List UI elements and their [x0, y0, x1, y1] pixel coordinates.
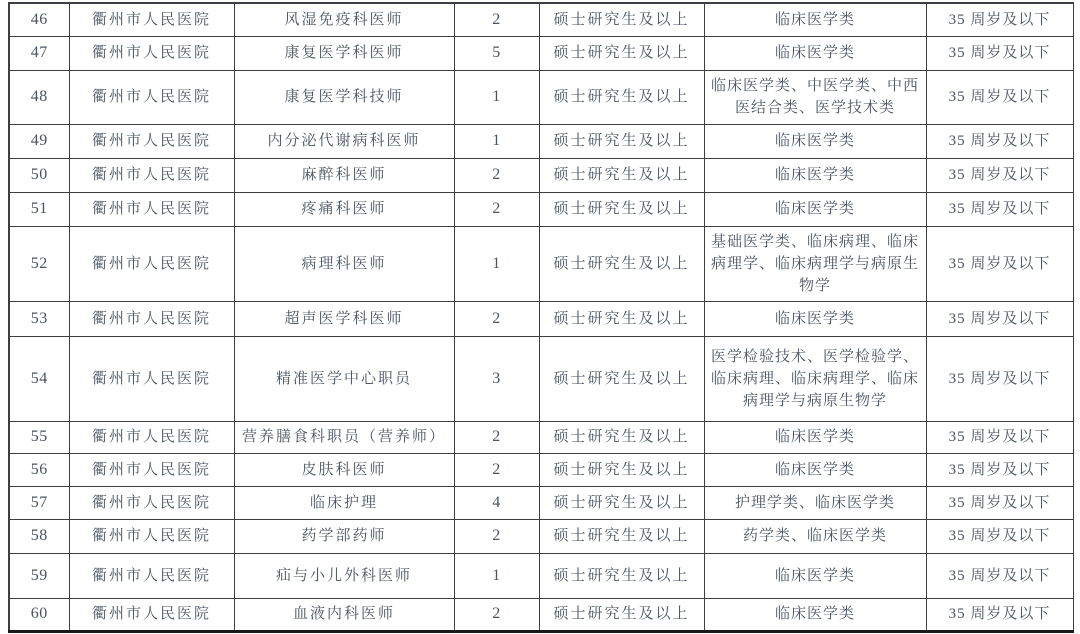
table-row: 52 衢州市人民医院 病理科医师 1 硕士研究生及以上 基础医学类、临床病理、临…: [9, 226, 1073, 301]
cell-education: 硕士研究生及以上: [539, 124, 704, 158]
cell-row-number: 46: [9, 3, 69, 36]
table-row: 47 衢州市人民医院 康复医学科医师 5 硕士研究生及以上 临床医学类 35 周…: [9, 36, 1073, 70]
cell-position: 风湿免疫科医师: [234, 3, 454, 36]
cell-education: 硕士研究生及以上: [539, 3, 704, 36]
cell-headcount: 1: [454, 226, 539, 301]
cell-education: 硕士研究生及以上: [539, 158, 704, 192]
table-row: 50 衢州市人民医院 麻醉科医师 2 硕士研究生及以上 临床医学类 35 周岁及…: [9, 158, 1073, 192]
cell-position: 药学部药师: [234, 519, 454, 553]
cell-employer: 衢州市人民医院: [69, 124, 234, 158]
cell-age-requirement: 35 周岁及以下: [926, 124, 1073, 158]
cell-education: 硕士研究生及以上: [539, 598, 704, 631]
cell-headcount: 5: [454, 36, 539, 70]
cell-employer: 衢州市人民医院: [69, 553, 234, 598]
cell-age-requirement: 35 周岁及以下: [926, 336, 1073, 421]
cell-education: 硕士研究生及以上: [539, 36, 704, 70]
cell-majors: 基础医学类、临床病理、临床病理学、临床病理学与病原生物学: [704, 226, 926, 301]
cell-row-number: 60: [9, 598, 69, 631]
table-row: 49 衢州市人民医院 内分泌代谢病科医师 1 硕士研究生及以上 临床医学类 35…: [9, 124, 1073, 158]
cell-row-number: 54: [9, 336, 69, 421]
cell-headcount: 1: [454, 70, 539, 124]
cell-row-number: 55: [9, 421, 69, 453]
cell-majors: 临床医学类: [704, 421, 926, 453]
cell-education: 硕士研究生及以上: [539, 421, 704, 453]
cell-employer: 衢州市人民医院: [69, 3, 234, 36]
cell-education: 硕士研究生及以上: [539, 453, 704, 486]
cell-majors: 临床医学类: [704, 301, 926, 336]
cell-employer: 衢州市人民医院: [69, 453, 234, 486]
cell-headcount: 2: [454, 192, 539, 226]
cell-row-number: 49: [9, 124, 69, 158]
cell-position: 血液内科医师: [234, 598, 454, 631]
cell-employer: 衢州市人民医院: [69, 486, 234, 519]
table-row: 59 衢州市人民医院 疝与小儿外科医师 1 硕士研究生及以上 临床医学类 35 …: [9, 553, 1073, 598]
cell-position: 康复医学科医师: [234, 36, 454, 70]
cell-headcount: 1: [454, 553, 539, 598]
cell-age-requirement: 35 周岁及以下: [926, 553, 1073, 598]
cell-age-requirement: 35 周岁及以下: [926, 70, 1073, 124]
cell-row-number: 51: [9, 192, 69, 226]
cell-employer: 衢州市人民医院: [69, 519, 234, 553]
cell-row-number: 50: [9, 158, 69, 192]
cell-row-number: 56: [9, 453, 69, 486]
cell-employer: 衢州市人民医院: [69, 36, 234, 70]
cell-headcount: 2: [454, 598, 539, 631]
cell-employer: 衢州市人民医院: [69, 192, 234, 226]
table-row: 60 衢州市人民医院 血液内科医师 2 硕士研究生及以上 临床医学类 35 周岁…: [9, 598, 1073, 631]
cell-age-requirement: 35 周岁及以下: [926, 192, 1073, 226]
cell-majors: 临床医学类: [704, 453, 926, 486]
table-row: 55 衢州市人民医院 营养膳食科职员（营养师） 2 硕士研究生及以上 临床医学类…: [9, 421, 1073, 453]
recruitment-table: 46 衢州市人民医院 风湿免疫科医师 2 硕士研究生及以上 临床医学类 35 周…: [8, 2, 1074, 633]
cell-position: 疝与小儿外科医师: [234, 553, 454, 598]
cell-majors: 护理学类、临床医学类: [704, 486, 926, 519]
table-row: 58 衢州市人民医院 药学部药师 2 硕士研究生及以上 药学类、临床医学类 35…: [9, 519, 1073, 553]
cell-employer: 衢州市人民医院: [69, 301, 234, 336]
cell-education: 硕士研究生及以上: [539, 553, 704, 598]
cell-education: 硕士研究生及以上: [539, 192, 704, 226]
cell-position: 皮肤科医师: [234, 453, 454, 486]
table-row: 53 衢州市人民医院 超声医学科医师 2 硕士研究生及以上 临床医学类 35 周…: [9, 301, 1073, 336]
cell-age-requirement: 35 周岁及以下: [926, 158, 1073, 192]
cell-position: 超声医学科医师: [234, 301, 454, 336]
cell-employer: 衢州市人民医院: [69, 226, 234, 301]
table-row: 51 衢州市人民医院 疼痛科医师 2 硕士研究生及以上 临床医学类 35 周岁及…: [9, 192, 1073, 226]
cell-headcount: 2: [454, 519, 539, 553]
cell-education: 硕士研究生及以上: [539, 226, 704, 301]
cell-age-requirement: 35 周岁及以下: [926, 453, 1073, 486]
cell-age-requirement: 35 周岁及以下: [926, 226, 1073, 301]
cell-age-requirement: 35 周岁及以下: [926, 598, 1073, 631]
cell-education: 硕士研究生及以上: [539, 336, 704, 421]
table-row: 54 衢州市人民医院 精准医学中心职员 3 硕士研究生及以上 医学检验技术、医学…: [9, 336, 1073, 421]
cell-age-requirement: 35 周岁及以下: [926, 36, 1073, 70]
cell-row-number: 58: [9, 519, 69, 553]
cell-age-requirement: 35 周岁及以下: [926, 421, 1073, 453]
cell-position: 内分泌代谢病科医师: [234, 124, 454, 158]
cell-majors: 临床医学类: [704, 553, 926, 598]
cell-row-number: 47: [9, 36, 69, 70]
cell-position: 精准医学中心职员: [234, 336, 454, 421]
cell-headcount: 1: [454, 124, 539, 158]
cell-position: 营养膳食科职员（营养师）: [234, 421, 454, 453]
cell-majors: 临床医学类、中医学类、中西医结合类、医学技术类: [704, 70, 926, 124]
cell-age-requirement: 35 周岁及以下: [926, 519, 1073, 553]
cell-position: 康复医学科技师: [234, 70, 454, 124]
cell-employer: 衢州市人民医院: [69, 336, 234, 421]
cell-row-number: 53: [9, 301, 69, 336]
cell-headcount: 2: [454, 3, 539, 36]
cell-education: 硕士研究生及以上: [539, 486, 704, 519]
cell-age-requirement: 35 周岁及以下: [926, 486, 1073, 519]
cell-age-requirement: 35 周岁及以下: [926, 301, 1073, 336]
cell-row-number: 48: [9, 70, 69, 124]
cell-row-number: 52: [9, 226, 69, 301]
cell-position: 临床护理: [234, 486, 454, 519]
table-row: 46 衢州市人民医院 风湿免疫科医师 2 硕士研究生及以上 临床医学类 35 周…: [9, 3, 1073, 36]
table-row: 56 衢州市人民医院 皮肤科医师 2 硕士研究生及以上 临床医学类 35 周岁及…: [9, 453, 1073, 486]
cell-majors: 临床医学类: [704, 192, 926, 226]
cell-education: 硕士研究生及以上: [539, 301, 704, 336]
cell-position: 麻醉科医师: [234, 158, 454, 192]
table-body: 46 衢州市人民医院 风湿免疫科医师 2 硕士研究生及以上 临床医学类 35 周…: [9, 3, 1073, 631]
cell-headcount: 2: [454, 301, 539, 336]
cell-majors: 医学检验技术、医学检验学、临床病理、临床病理学、临床病理学与病原生物学: [704, 336, 926, 421]
cell-headcount: 3: [454, 336, 539, 421]
table-row: 57 衢州市人民医院 临床护理 4 硕士研究生及以上 护理学类、临床医学类 35…: [9, 486, 1073, 519]
cell-majors: 临床医学类: [704, 36, 926, 70]
cell-headcount: 4: [454, 486, 539, 519]
cell-majors: 临床医学类: [704, 124, 926, 158]
cell-majors: 药学类、临床医学类: [704, 519, 926, 553]
cell-headcount: 2: [454, 158, 539, 192]
cell-employer: 衢州市人民医院: [69, 70, 234, 124]
cell-majors: 临床医学类: [704, 158, 926, 192]
cell-education: 硕士研究生及以上: [539, 70, 704, 124]
cell-employer: 衢州市人民医院: [69, 598, 234, 631]
cell-age-requirement: 35 周岁及以下: [926, 3, 1073, 36]
table-row: 48 衢州市人民医院 康复医学科技师 1 硕士研究生及以上 临床医学类、中医学类…: [9, 70, 1073, 124]
cell-employer: 衢州市人民医院: [69, 421, 234, 453]
cell-headcount: 2: [454, 453, 539, 486]
cell-position: 疼痛科医师: [234, 192, 454, 226]
cell-majors: 临床医学类: [704, 3, 926, 36]
cell-employer: 衢州市人民医院: [69, 158, 234, 192]
cell-headcount: 2: [454, 421, 539, 453]
cell-position: 病理科医师: [234, 226, 454, 301]
cell-education: 硕士研究生及以上: [539, 519, 704, 553]
cell-row-number: 59: [9, 553, 69, 598]
cell-majors: 临床医学类: [704, 598, 926, 631]
cell-row-number: 57: [9, 486, 69, 519]
